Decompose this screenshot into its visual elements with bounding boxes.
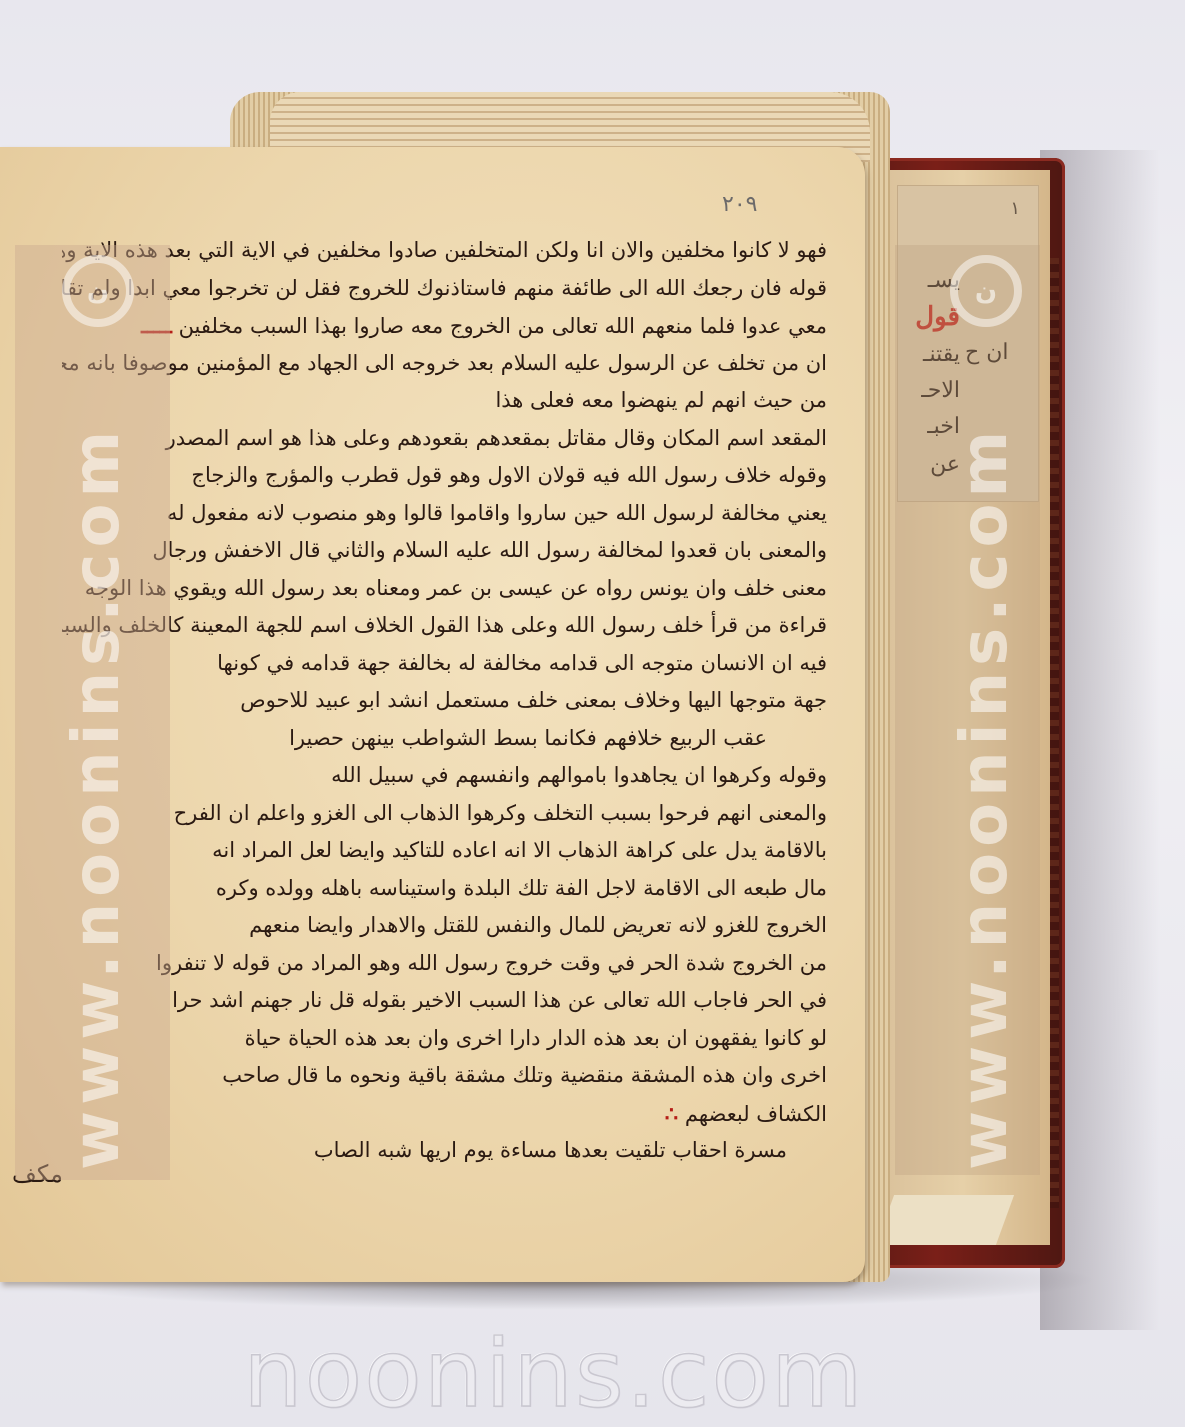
right-folio-mark: ١ <box>960 190 1020 228</box>
text-line: يعني مخالفة لرسول الله حين ساروا واقاموا… <box>62 495 827 533</box>
text-line: معي عدوا فلما منعهم الله تعالى من الخروج… <box>62 307 827 345</box>
watermark-vertical-left: www.noonins.com <box>60 425 134 1170</box>
text-line: في الحر فاجاب الله تعالى عن هذا السبب ال… <box>62 982 827 1020</box>
text-line: والمعنى بان قعدوا لمخالفة رسول الله عليه… <box>62 532 827 570</box>
rubric-dots: ∴ <box>665 1101 678 1126</box>
page-corner-repair <box>876 1195 1014 1245</box>
text-line: قوله فان رجعك الله الى طائفة منهم فاستاذ… <box>62 270 827 308</box>
text-line: وقوله خلاف رسول الله فيه قولان الاول وهو… <box>62 457 827 495</box>
text-line: فيه ان الانسان متوجه الى قدامه مخالفة له… <box>62 645 827 683</box>
text-line: الخروج للغزو لانه تعريض للمال والنفس للق… <box>62 907 827 945</box>
text-line: المقعد اسم المكان وقال مقاتل بمقعدهم بقع… <box>62 420 827 458</box>
text-line: من حيث انهم لم ينهضوا معه فعلى هذا <box>62 382 827 420</box>
manuscript-text: فهو لا كانوا مخلفين والان انا ولكن المتخ… <box>62 232 827 1170</box>
text-line: الكشاف لبعضهم ∴ <box>62 1095 827 1133</box>
watermark-logo-icon: ن <box>950 255 1022 327</box>
manuscript-photo: ١ يسـ قول يقتنـ الاحـ اخبـ عن ان ح ٢٠٩ ف… <box>0 0 1185 1427</box>
text-line: من الخروج شدة الحر في وقت خروج رسول الله… <box>62 945 827 983</box>
verse-line: عقب الربيع خلافهم فكانما بسط الشواطب بين… <box>62 720 827 758</box>
text-line-content: معي عدوا فلما منعهم الله تعالى من الخروج… <box>179 314 827 338</box>
text-line: جهة متوجها اليها وخلاف بمعنى خلف مستعمل … <box>62 682 827 720</box>
text-line: اخرى وان هذه المشقة منقضية وتلك مشقة باق… <box>62 1057 827 1095</box>
verse-line: مسرة احقاب تلقيت بعدها مساءة يوم اريها ش… <box>62 1132 827 1170</box>
text-line: فهو لا كانوا مخلفين والان انا ولكن المتخ… <box>62 232 827 270</box>
watermark-logo-icon: ن <box>62 255 134 327</box>
text-line: ان من تخلف عن الرسول عليه السلام بعد خرو… <box>62 345 827 383</box>
text-line: والمعنى انهم فرحوا بسبب التخلف وكرهوا ال… <box>62 795 827 833</box>
folio-number: ٢٠٩ <box>722 192 757 217</box>
text-line: بالاقامة يدل على كراهة الذهاب الا انه اع… <box>62 832 827 870</box>
text-line: معنى خلف وان يونس رواه عن عيسى بن عمر وم… <box>62 570 827 608</box>
watermark-vertical-right: www.noonins.com <box>948 425 1022 1170</box>
text-line-content: الكشاف لبعضهم <box>685 1102 827 1126</box>
text-line: مال طبعه الى الاقامة لاجل الفة تلك البلد… <box>62 870 827 908</box>
text-line: لو كانوا يفقهون ان بعد هذه الدار دارا اخ… <box>62 1020 827 1058</box>
text-line: وقوله وكرهوا ان يجاهدوا باموالهم وانفسهم… <box>62 757 827 795</box>
watermark-bottom: noonins.com <box>243 1320 843 1427</box>
text-line: قراءة من قرأ خلف رسول الله وعلى هذا القو… <box>62 607 827 645</box>
